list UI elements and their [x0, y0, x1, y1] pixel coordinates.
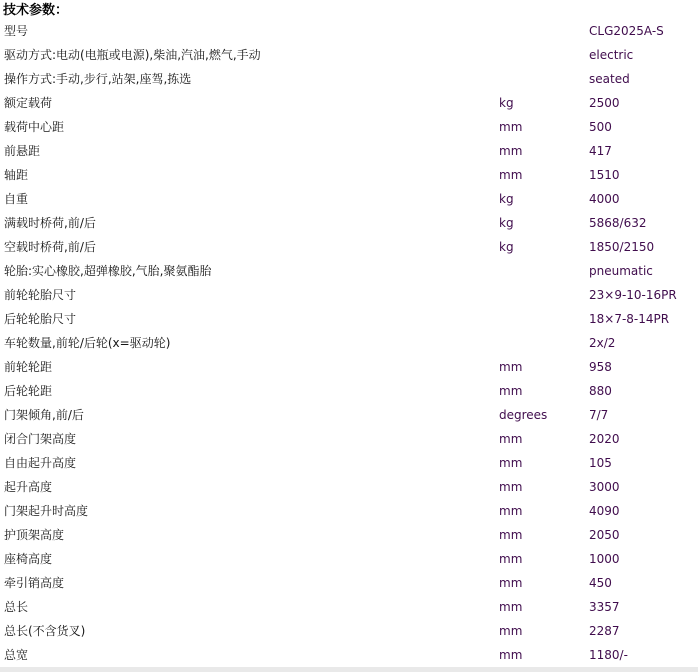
table-row: 座椅高度 mm 1000 [0, 547, 698, 571]
param-label: 护顶架高度 [0, 523, 499, 547]
param-value: 1510 [589, 163, 698, 187]
param-unit: mm [499, 379, 589, 403]
param-value: 417 [589, 139, 698, 163]
param-value: 1850/2150 [589, 235, 698, 259]
table-row: 牵引销高度 mm 450 [0, 571, 698, 595]
table-row: 型号 CLG2025A-S [0, 19, 698, 43]
param-value: 2020 [589, 427, 698, 451]
table-row: 前轮轮距 mm 958 [0, 355, 698, 379]
param-value: 3357 [589, 595, 698, 619]
table-row: 总长(不含货叉) mm 2287 [0, 619, 698, 643]
param-label: 门架倾角,前/后 [0, 403, 499, 427]
table-row: 前轮轮胎尺寸 23×9-10-16PR [0, 283, 698, 307]
param-label: 后轮轮距 [0, 379, 499, 403]
table-row: 护顶架高度 mm 2050 [0, 523, 698, 547]
param-label: 轮胎:实心橡胶,超弹橡胶,气胎,聚氨酯胎 [0, 259, 499, 283]
param-value: 1180/- [589, 643, 698, 667]
param-label: 闭合门架高度 [0, 427, 499, 451]
param-value: 2500 [589, 91, 698, 115]
param-label: 牵引销高度 [0, 571, 499, 595]
param-label: 起升高度 [0, 475, 499, 499]
page-title: 技术参数： [0, 0, 698, 19]
table-row: 轮胎:实心橡胶,超弹橡胶,气胎,聚氨酯胎 pneumatic [0, 259, 698, 283]
param-unit: mm [499, 619, 589, 643]
param-value: 958 [589, 355, 698, 379]
next-row-edge [0, 667, 698, 672]
table-row: 满载时桥荷,前/后 kg 5868/632 [0, 211, 698, 235]
param-unit: mm [499, 643, 589, 667]
param-label: 总长(不含货叉) [0, 619, 499, 643]
param-label: 自重 [0, 187, 499, 211]
param-value: 1000 [589, 547, 698, 571]
param-unit: kg [499, 91, 589, 115]
param-label: 后轮轮胎尺寸 [0, 307, 499, 331]
param-label: 总长 [0, 595, 499, 619]
param-unit: mm [499, 499, 589, 523]
param-unit: kg [499, 211, 589, 235]
param-label: 总宽 [0, 643, 499, 667]
table-row: 起升高度 mm 3000 [0, 475, 698, 499]
param-label: 额定载荷 [0, 91, 499, 115]
param-unit: mm [499, 163, 589, 187]
param-label: 空载时桥荷,前/后 [0, 235, 499, 259]
param-label: 自由起升高度 [0, 451, 499, 475]
param-label: 前悬距 [0, 139, 499, 163]
param-label: 驱动方式:电动(电瓶或电源),柴油,汽油,燃气,手动 [0, 43, 499, 67]
param-unit: mm [499, 115, 589, 139]
table-row: 自由起升高度 mm 105 [0, 451, 698, 475]
param-value: 5868/632 [589, 211, 698, 235]
param-unit: mm [499, 475, 589, 499]
table-row: 额定载荷 kg 2500 [0, 91, 698, 115]
param-value: 2x/2 [589, 331, 698, 355]
param-label: 操作方式:手动,步行,站架,座驾,拣选 [0, 67, 499, 91]
param-label: 满载时桥荷,前/后 [0, 211, 499, 235]
table-row: 闭合门架高度 mm 2020 [0, 427, 698, 451]
table-row: 总长 mm 3357 [0, 595, 698, 619]
param-value: electric [589, 43, 698, 67]
param-unit: mm [499, 427, 589, 451]
table-row: 后轮轮距 mm 880 [0, 379, 698, 403]
param-label: 前轮轮距 [0, 355, 499, 379]
param-unit: degrees [499, 403, 589, 427]
param-value: 500 [589, 115, 698, 139]
table-row: 载荷中心距 mm 500 [0, 115, 698, 139]
param-value: 880 [589, 379, 698, 403]
param-unit: mm [499, 571, 589, 595]
param-unit: mm [499, 139, 589, 163]
table-row: 门架倾角,前/后 degrees 7/7 [0, 403, 698, 427]
param-unit: mm [499, 451, 589, 475]
param-value: 7/7 [589, 403, 698, 427]
param-value: CLG2025A-S [589, 19, 698, 43]
table-row: 轴距 mm 1510 [0, 163, 698, 187]
table-row: 车轮数量,前轮/后轮(x=驱动轮) 2x/2 [0, 331, 698, 355]
param-value: 4000 [589, 187, 698, 211]
param-value: 3000 [589, 475, 698, 499]
spec-sheet-page: 技术参数： 型号 CLG2025A-S 驱动方式:电动(电瓶或电源),柴油,汽油… [0, 0, 698, 672]
param-label: 车轮数量,前轮/后轮(x=驱动轮) [0, 331, 499, 355]
table-row: 门架起升时高度 mm 4090 [0, 499, 698, 523]
param-unit: mm [499, 523, 589, 547]
param-unit: mm [499, 547, 589, 571]
table-row: 自重 kg 4000 [0, 187, 698, 211]
param-value: pneumatic [589, 259, 698, 283]
table-row: 前悬距 mm 417 [0, 139, 698, 163]
param-unit: mm [499, 355, 589, 379]
table-row: 总宽 mm 1180/- [0, 643, 698, 667]
table-row: 驱动方式:电动(电瓶或电源),柴油,汽油,燃气,手动 electric [0, 43, 698, 67]
param-unit: kg [499, 187, 589, 211]
param-value: 105 [589, 451, 698, 475]
param-value: seated [589, 67, 698, 91]
param-label: 轴距 [0, 163, 499, 187]
table-row: 后轮轮胎尺寸 18×7-8-14PR [0, 307, 698, 331]
param-label: 座椅高度 [0, 547, 499, 571]
param-label: 门架起升时高度 [0, 499, 499, 523]
param-value: 2287 [589, 619, 698, 643]
table-row: 操作方式:手动,步行,站架,座驾,拣选 seated [0, 67, 698, 91]
param-label: 载荷中心距 [0, 115, 499, 139]
param-value: 2050 [589, 523, 698, 547]
spec-table: 型号 CLG2025A-S 驱动方式:电动(电瓶或电源),柴油,汽油,燃气,手动… [0, 19, 698, 667]
param-unit: kg [499, 235, 589, 259]
table-row: 空载时桥荷,前/后 kg 1850/2150 [0, 235, 698, 259]
param-value: 18×7-8-14PR [589, 307, 698, 331]
param-value: 23×9-10-16PR [589, 283, 698, 307]
param-value: 4090 [589, 499, 698, 523]
param-label: 前轮轮胎尺寸 [0, 283, 499, 307]
param-value: 450 [589, 571, 698, 595]
param-unit: mm [499, 595, 589, 619]
param-label: 型号 [0, 19, 499, 43]
